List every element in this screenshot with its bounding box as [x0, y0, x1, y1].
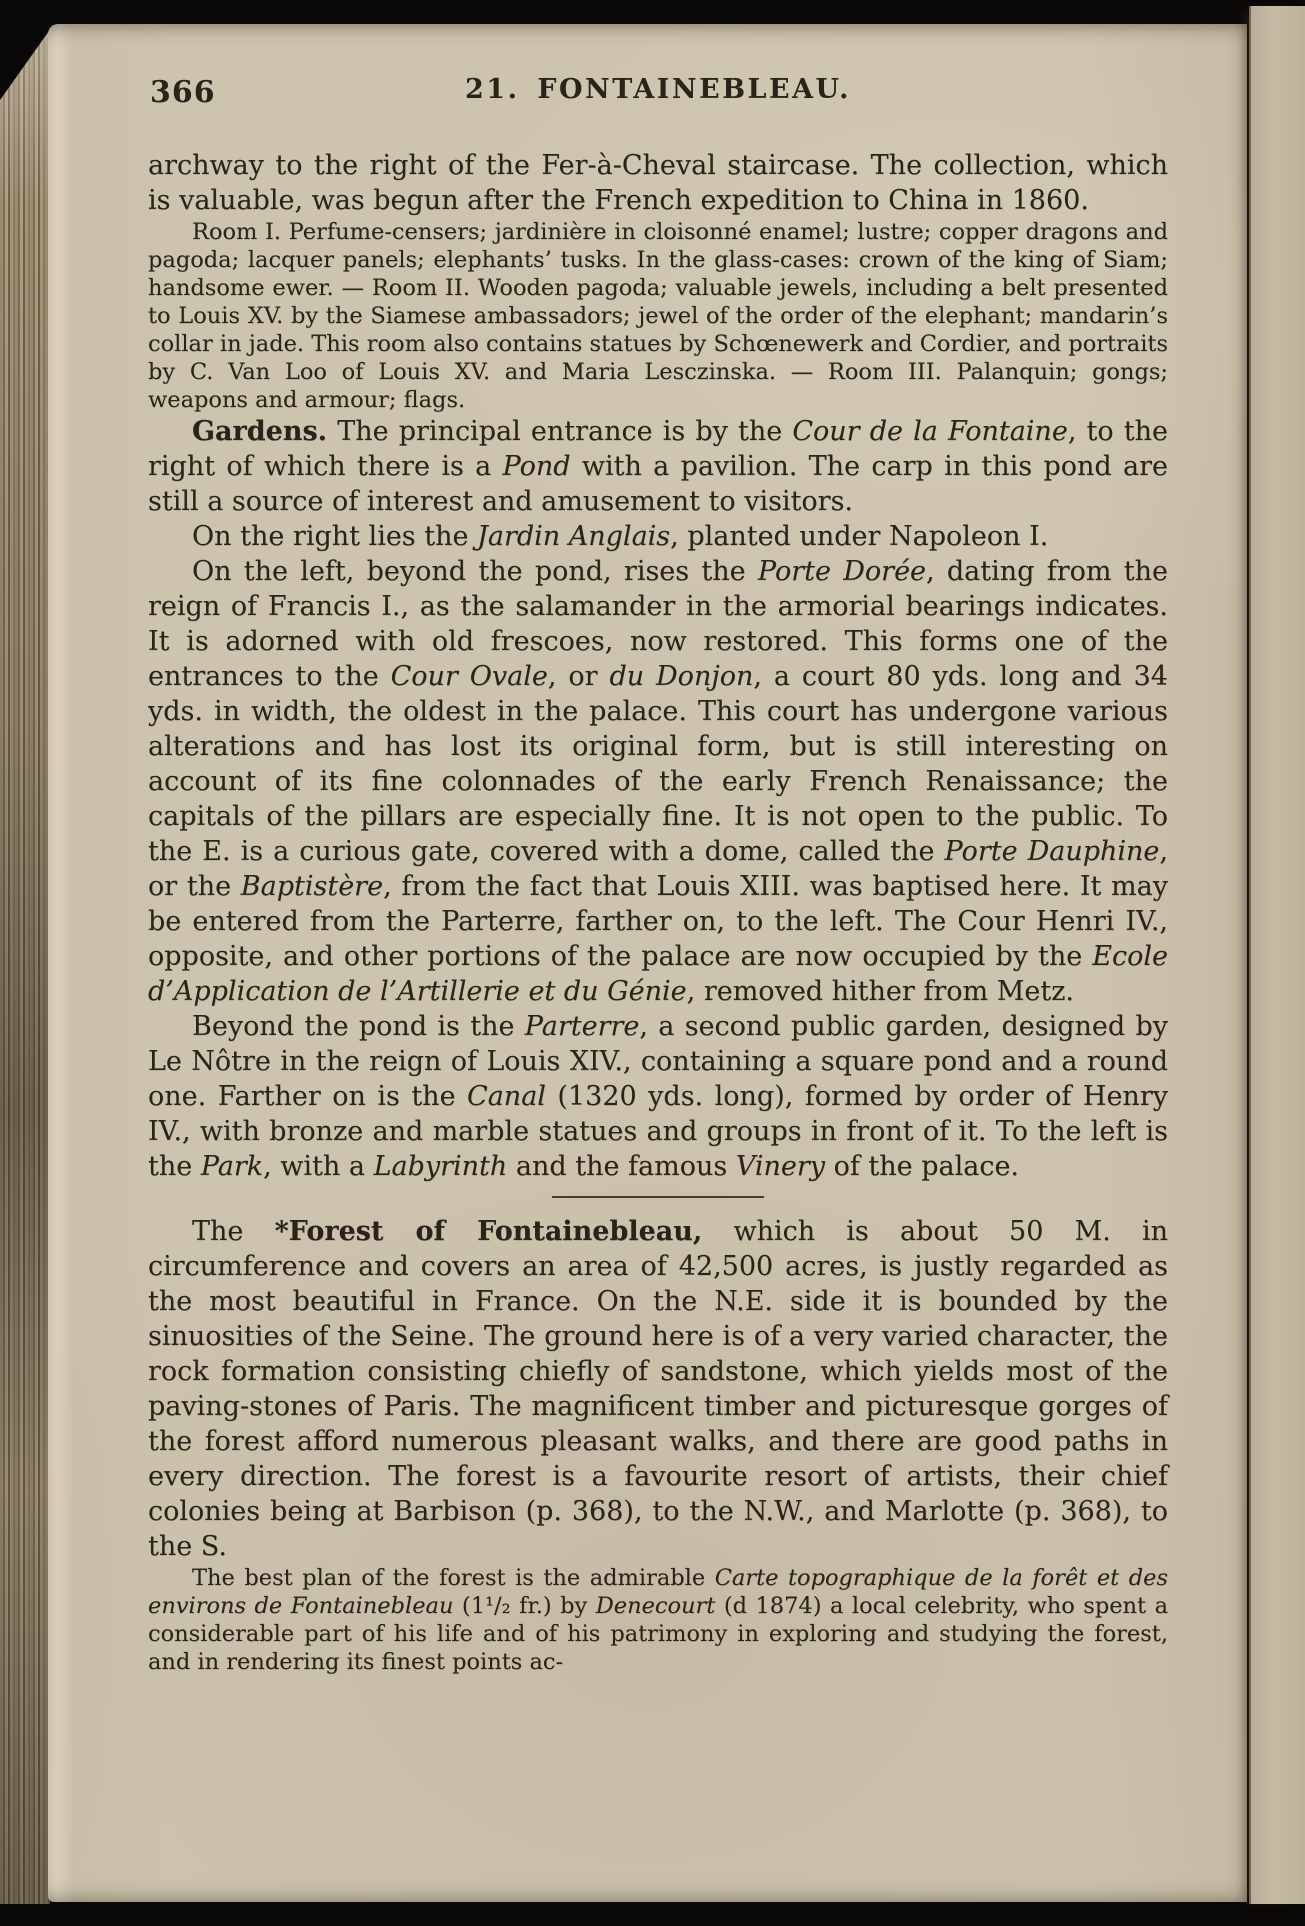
text-run: Porte Dorée [758, 556, 926, 587]
text-block: archway to the right of the Fer-à-Cheval… [148, 148, 1168, 1676]
small-print-rooms: Room I. Perfume-censers; jardinière in c… [148, 218, 1168, 414]
text-run: , or [548, 661, 610, 692]
spine-page-edges [0, 18, 50, 1904]
section-divider [552, 1196, 764, 1198]
paragraph-parterre-canal: Beyond the pond is the Parterre, a secon… [148, 1009, 1168, 1184]
text-run: and the famous [507, 1151, 736, 1182]
text-run: , planted under Napoleon I. [670, 521, 1048, 552]
text-run: Canal [467, 1081, 546, 1112]
text-run: Room I. Perfume-censers; jardinière in c… [148, 219, 1168, 413]
small-print-forest-plan: The best plan of the forest is the admir… [148, 1564, 1168, 1676]
text-run: (1¹/₂ fr.) by [453, 1593, 595, 1619]
running-head: 366 21. FONTAINEBLEAU. [148, 74, 1168, 105]
paragraph-gardens: Gardens. The principal entrance is by th… [148, 414, 1168, 519]
paragraph-archway-continuation: archway to the right of the Fer-à-Cheval… [148, 148, 1168, 218]
text-run: *Forest of Fontainebleau, [275, 1216, 703, 1247]
text-run: Parterre [525, 1011, 640, 1042]
paragraph-jardin-anglais: On the right lies the Jardin Anglais, pl… [148, 519, 1168, 554]
text-run: , removed hither from Metz. [687, 976, 1074, 1007]
text-run: Gardens. [192, 416, 327, 447]
text-run: On the right lies the [192, 521, 477, 552]
text-run: Baptistère [241, 871, 383, 902]
page-header-title: 21. FONTAINEBLEAU. [148, 74, 1168, 105]
text-run: Beyond the pond is the [192, 1011, 525, 1042]
text-run: Denecourt [596, 1593, 716, 1619]
paragraph-porte-doree: On the left, beyond the pond, rises the … [148, 554, 1168, 1009]
text-run: archway to the right of the Fer-à-Cheval… [148, 150, 1168, 216]
book-scan: 366 21. FONTAINEBLEAU. archway to the ri… [0, 0, 1305, 1926]
text-run: Cour de la Fontaine [792, 416, 1067, 447]
text-run: The best plan of the forest is the admir… [192, 1565, 715, 1591]
text-run: Cour Ovale [391, 661, 548, 692]
book-page: 366 21. FONTAINEBLEAU. archway to the ri… [48, 24, 1247, 1902]
text-run: Porte Dauphine [944, 836, 1159, 867]
text-run: Jardin Anglais [477, 521, 670, 552]
text-run: Labyrinth [374, 1151, 508, 1182]
text-run: Vinery [736, 1151, 825, 1182]
text-run: which is about 50 M. in circumference an… [148, 1216, 1168, 1562]
adjacent-page-edge [1249, 6, 1305, 1904]
page-number: 366 [150, 75, 216, 110]
paragraph-forest-of-fontainebleau: The *Forest of Fontainebleau, which is a… [148, 1214, 1168, 1564]
text-run: The [192, 1216, 275, 1247]
text-run: of the palace. [825, 1151, 1019, 1182]
text-run: du Donjon [609, 661, 753, 692]
text-run: Park [201, 1151, 263, 1182]
text-run: On the left, beyond the pond, rises the [192, 556, 758, 587]
text-run: Pond [503, 451, 571, 482]
text-run: , with a [263, 1151, 373, 1182]
text-run: The principal entrance is by the [327, 416, 792, 447]
